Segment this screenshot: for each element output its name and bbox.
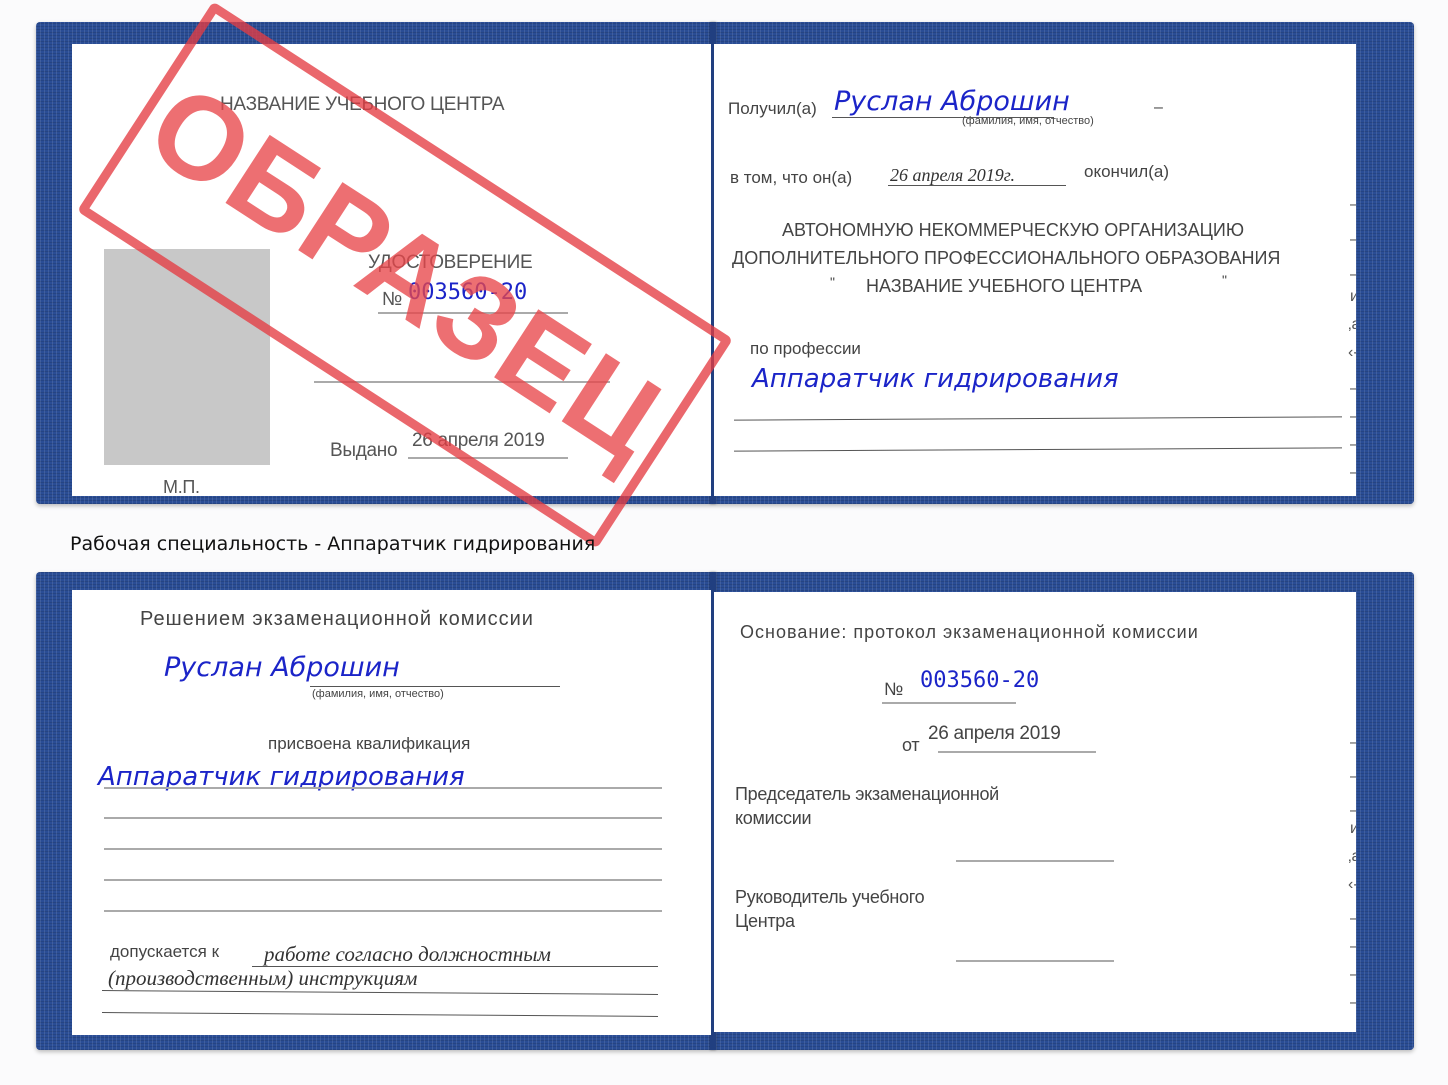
holder-name: Руслан Аброшин [164, 652, 400, 683]
certificate-number: 003560-20 [408, 280, 527, 305]
head-label-2: Центра [735, 911, 795, 932]
certificate-cover-front: НАЗВАНИЕ УЧЕБНОГО ЦЕНТРА УДОСТОВЕРЕНИЕ №… [36, 22, 1414, 504]
admitted-line-2: (производственным) инструкциям [108, 966, 417, 991]
org-line-1: АВТОНОМНУЮ НЕКОММЕРЧЕСКУЮ ОРГАНИЗАЦИЮ [782, 220, 1244, 241]
profession-line-1 [734, 416, 1342, 420]
issued-label: Выдано [330, 440, 397, 462]
chairman-signature-line [956, 860, 1114, 862]
number-label: № [382, 289, 402, 311]
protocol-number: 003560-20 [920, 668, 1039, 693]
name-hint: (фамилия, имя, отчество) [962, 115, 1094, 127]
protocol-date-underline [938, 751, 1096, 753]
commission-heading: Решением экзаменационной комиссии [140, 608, 534, 631]
chairman-label-2: комиссии [735, 808, 811, 829]
edge-mark: – [1350, 408, 1356, 426]
profession-line-2 [734, 447, 1342, 451]
edge-mark: – [1350, 266, 1356, 284]
edge-mark: ‚а [1348, 316, 1356, 334]
org-quote-close: " [1222, 272, 1227, 288]
doc-title: УДОСТОВЕРЕНИЕ [368, 252, 532, 274]
issued-date: 26 апреля 2019 [412, 430, 545, 452]
holder-name-hint: (фамилия, имя, отчество) [312, 688, 444, 700]
qualification-line-4 [104, 879, 662, 881]
qualification-label: присвоена квалификация [268, 734, 470, 754]
qualification-line-5 [104, 910, 662, 912]
completed-date: 26 апреля 2019г. [890, 165, 1015, 186]
inside-right-page: Основание: протокол экзаменационной коми… [714, 592, 1356, 1032]
profession-value: Аппаратчик гидрирования [752, 364, 1119, 394]
received-name: Руслан Аброшин [834, 86, 1070, 117]
edge-mark: – [1350, 436, 1356, 454]
chairman-label-1: Председатель экзаменационной [735, 784, 999, 805]
qualification-line-1 [104, 787, 662, 789]
certificate-cover-inside: Решением экзаменационной комиссии Руслан… [36, 572, 1414, 1050]
edge-mark: – [1350, 938, 1356, 956]
edge-mark: и [1350, 820, 1356, 838]
photo-placeholder [104, 249, 270, 465]
edge-mark: ‹- [1348, 876, 1356, 894]
front-left-page: НАЗВАНИЕ УЧЕБНОГО ЦЕНТРА УДОСТОВЕРЕНИЕ №… [72, 44, 711, 496]
inside-left-page: Решением экзаменационной комиссии Руслан… [72, 590, 711, 1035]
issued-underline [408, 457, 568, 459]
blank-line [314, 381, 610, 383]
org-line-2: ДОПОЛНИТЕЛЬНОГО ПРОФЕССИОНАЛЬНОГО ОБРАЗО… [732, 248, 1280, 269]
completed-suffix: окончил(а) [1084, 162, 1169, 182]
number-underline [378, 312, 568, 314]
admitted-label: допускается к [110, 942, 219, 962]
profession-label: по профессии [750, 339, 861, 359]
qualification-line-3 [104, 848, 662, 850]
dash: – [1154, 99, 1163, 117]
edge-mark: – [1350, 994, 1356, 1012]
edge-mark: – [1350, 966, 1356, 984]
edge-mark: – [1350, 768, 1356, 786]
edge-mark: и [1350, 288, 1356, 306]
head-label-1: Руководитель учебного [735, 887, 924, 908]
completed-prefix: в том, что он(а) [730, 168, 852, 188]
edge-mark: – [1350, 231, 1356, 249]
qualification-line-2 [104, 817, 662, 819]
completed-date-underline [888, 185, 1066, 186]
org-quote-open: " [830, 274, 835, 290]
center-name: НАЗВАНИЕ УЧЕБНОГО ЦЕНТРА [220, 94, 504, 116]
specialty-caption: Рабочая специальность - Аппаратчик гидри… [70, 533, 595, 555]
edge-mark: ‹- [1348, 344, 1356, 362]
received-label: Получил(а) [728, 99, 817, 119]
admitted-underline-3 [102, 1012, 658, 1017]
org-line-3: НАЗВАНИЕ УЧЕБНОГО ЦЕНТРА [866, 276, 1142, 297]
protocol-number-underline [882, 702, 1016, 704]
admitted-line-1: работе согласно должностным [264, 942, 551, 967]
protocol-date: 26 апреля 2019 [928, 723, 1061, 745]
holder-name-underline [310, 686, 560, 687]
edge-mark: – [1350, 734, 1356, 752]
basis-text: Основание: протокол экзаменационной коми… [740, 622, 1199, 643]
front-right-page: Получил(а) Руслан Аброшин – (фамилия, им… [714, 44, 1356, 496]
edge-mark: – [1350, 802, 1356, 820]
head-signature-line [956, 960, 1114, 962]
edge-mark: ‚а [1348, 848, 1356, 866]
seal-label: М.П. [163, 477, 200, 496]
protocol-date-label: от [902, 735, 919, 756]
edge-mark: – [1350, 380, 1356, 398]
edge-mark: – [1350, 464, 1356, 482]
protocol-number-label: № [884, 679, 903, 700]
edge-mark: – [1350, 910, 1356, 928]
edge-mark: – [1350, 196, 1356, 214]
